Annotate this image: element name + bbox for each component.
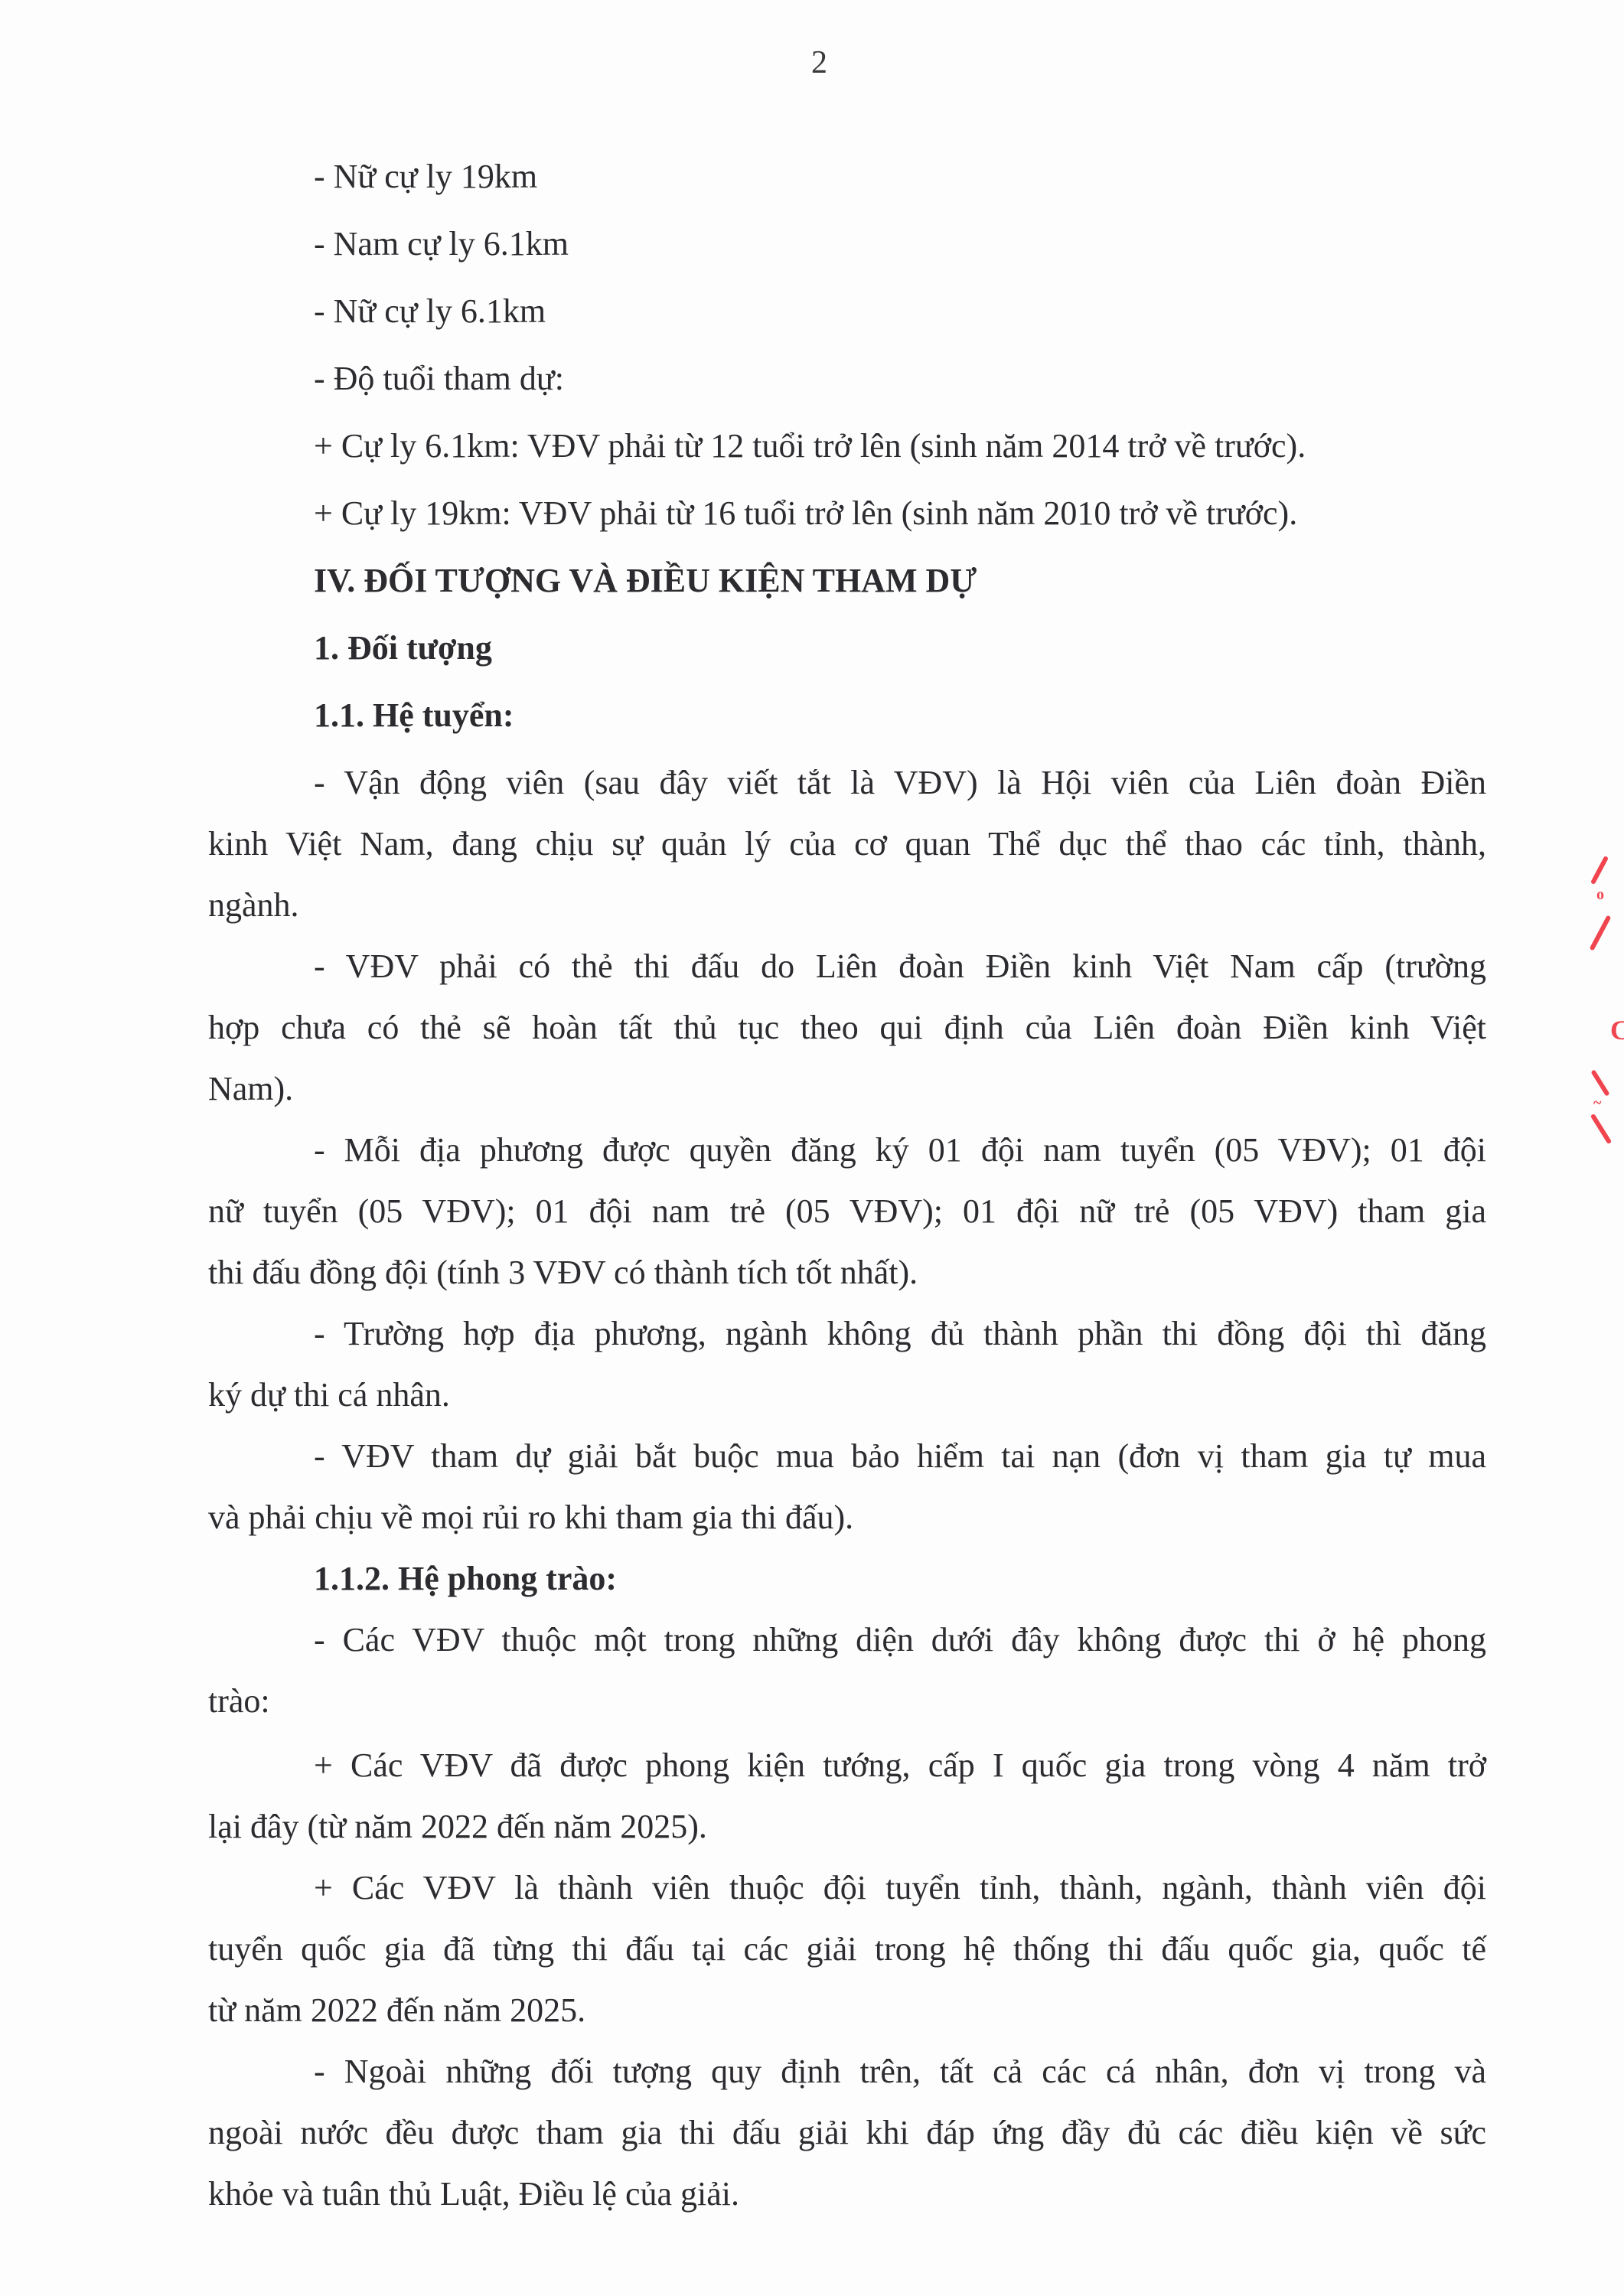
red-seal-stamp-edge: o CH ~ [1578,857,1624,1148]
body-text-line: - Độ tuổi tham dự: [314,359,564,398]
body-text-line: lại đây (từ năm 2022 đến năm 2025). [208,1807,707,1846]
body-text-line: thi đấu đồng đội (tính 3 VĐV có thành tí… [208,1253,918,1292]
section-heading: 1.1.2. Hệ phong trào: [314,1559,617,1598]
body-text-line: - Ngoài những đối tượng quy định trên, t… [314,2052,1486,2091]
section-heading: 1.1. Hệ tuyển: [314,696,514,735]
page-number: 2 [811,44,827,81]
body-text-line: - Nam cự ly 6.1km [314,224,569,263]
stamp-fragment-bottom: ~ [1593,1094,1601,1112]
body-text-line: - Nữ cự ly 6.1km [314,292,546,331]
section-heading: IV. ĐỐI TƯỢNG VÀ ĐIỀU KIỆN THAM DỰ [314,561,977,600]
body-text-line: tuyển quốc gia đã từng thi đấu tại các g… [208,1929,1486,1968]
body-text-line: kinh Việt Nam, đang chịu sự quản lý của … [208,824,1486,863]
body-text-line: - Nữ cự ly 19km [314,157,537,196]
body-text-line: và phải chịu về mọi rủi ro khi tham gia … [208,1498,853,1537]
body-text-line: + Các VĐV là thành viên thuộc đội tuyển … [314,1868,1486,1907]
body-text-line: Nam). [208,1069,293,1108]
body-text-line: trào: [208,1681,270,1720]
stamp-stroke [1590,1114,1612,1144]
body-text-line: + Các VĐV đã được phong kiện tướng, cấp … [314,1746,1486,1785]
stamp-text: CH [1610,1014,1624,1046]
body-text-line: + Cự ly 19km: VĐV phải từ 16 tuổi trở lê… [314,494,1297,533]
stamp-stroke [1590,915,1612,951]
body-text-line: khỏe và tuân thủ Luật, Điều lệ của giải. [208,2174,739,2213]
body-text-line: - VĐV tham dự giải bắt buộc mua bảo hiểm… [314,1437,1486,1476]
body-text-line: hợp chưa có thẻ sẽ hoàn tất thủ tục theo… [208,1008,1486,1047]
body-text-line: ký dự thi cá nhân. [208,1375,450,1414]
body-text-line: - Vận động viên (sau đây viết tắt là VĐV… [314,763,1486,802]
body-text-line: ngoài nước đều được tham gia thi đấu giả… [208,2113,1486,2152]
body-text-line: - Các VĐV thuộc một trong những diện dướ… [314,1620,1486,1659]
body-text-line: nữ tuyển (05 VĐV); 01 đội nam trẻ (05 VĐ… [208,1192,1486,1231]
body-text-line: - VĐV phải có thẻ thi đấu do Liên đoàn Đ… [314,947,1486,986]
section-heading: 1. Đối tượng [314,628,492,667]
body-text-line: - Mỗi địa phương được quyền đăng ký 01 đ… [314,1130,1486,1169]
body-text-line: - Trường hợp địa phương, ngành không đủ … [314,1314,1486,1353]
stamp-stroke [1590,856,1609,885]
body-text-line: + Cự ly 6.1km: VĐV phải từ 12 tuổi trở l… [314,426,1306,465]
stamp-fragment-top: o [1596,886,1604,904]
stamp-stroke [1590,1069,1609,1096]
body-text-line: từ năm 2022 đến năm 2025. [208,1991,585,2030]
body-text-line: ngành. [208,885,299,925]
